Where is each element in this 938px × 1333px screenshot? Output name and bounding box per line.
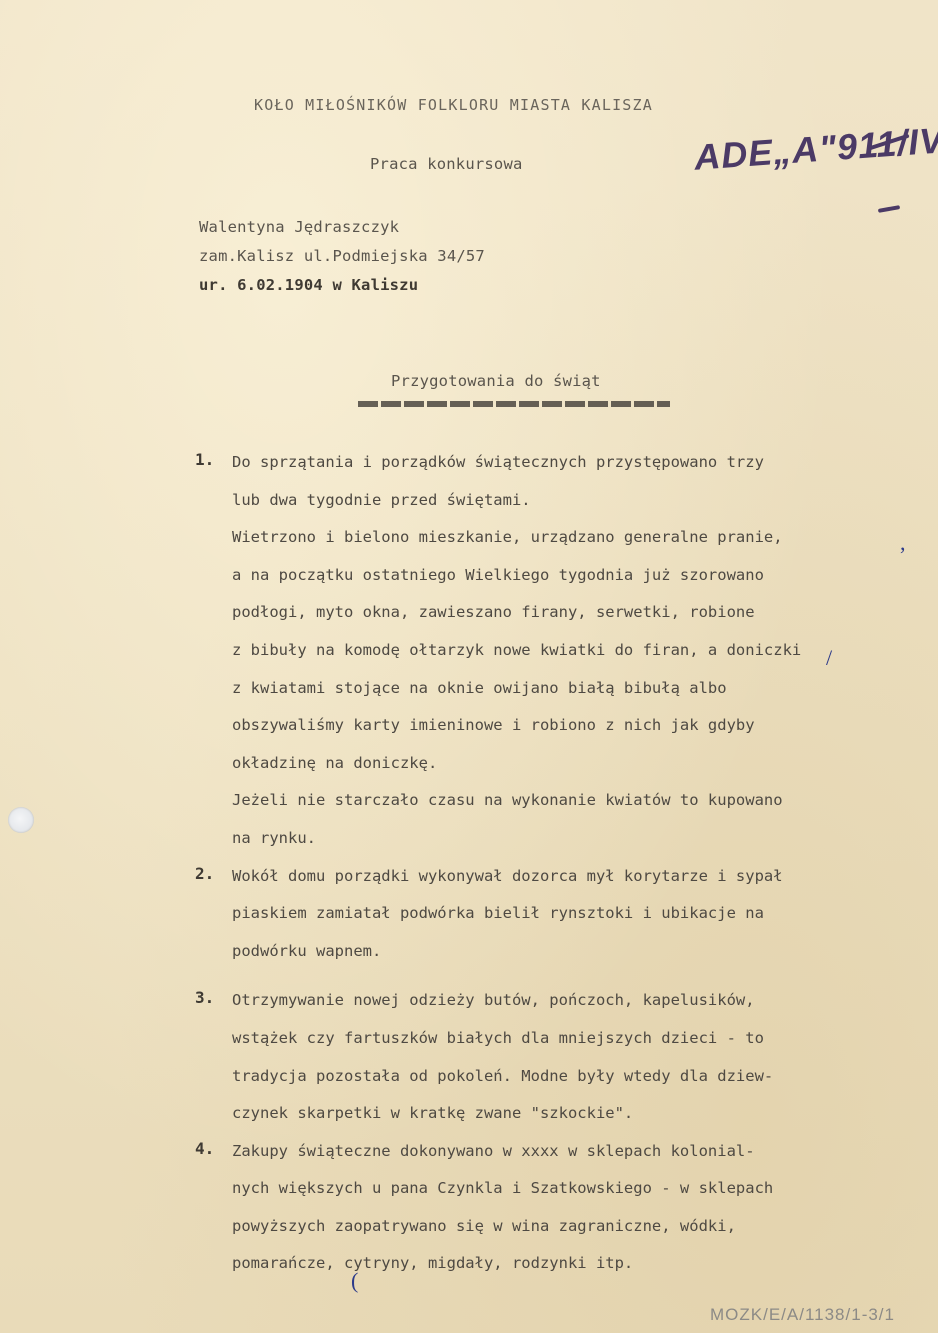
archive-reference: MOZK/E/A/1138/1-3/1 xyxy=(710,1305,895,1325)
text-line: podwórku wapnem. xyxy=(195,939,925,977)
section-3: 3. Otrzymywanie nowej odzieży butów, poń… xyxy=(195,988,925,1138)
pen-comma-mark: ( xyxy=(351,1268,358,1294)
section-number: 4. xyxy=(195,1139,214,1158)
punch-hole xyxy=(8,807,34,833)
text-line: a na początku ostatniego Wielkiego tygod… xyxy=(195,563,925,601)
text-line: nych większych u pana Czynkla i Szatkows… xyxy=(195,1176,925,1214)
document-body: 1. Do sprzątania i porządków świątecznyc… xyxy=(195,450,925,1289)
pen-comma-mark: , xyxy=(900,530,906,556)
text-line: Do sprzątania i porządków świątecznych p… xyxy=(195,450,925,488)
title-underline xyxy=(358,401,670,407)
text-line: powyższych zaopatrywano się w wina zagra… xyxy=(195,1214,925,1252)
section-2: 2. Wokół domu porządki wykonywał dozorca… xyxy=(195,864,925,977)
document-title: Przygotowania do świąt xyxy=(391,372,601,390)
section-number: 1. xyxy=(195,450,214,469)
author-birth: ur. 6.02.1904 w Kaliszu xyxy=(199,271,485,300)
document-subtitle: Praca konkursowa xyxy=(370,155,523,173)
text-line: pomarańcze, cytryny, migdały, rodzynki i… xyxy=(195,1251,925,1289)
text-line: piaskiem zamiatał podwórka bielił rynszt… xyxy=(195,901,925,939)
section-number: 2. xyxy=(195,864,214,883)
text-line: Otrzymywanie nowej odzieży butów, pończo… xyxy=(195,988,925,1026)
text-line: podłogi, myto okna, zawieszano firany, s… xyxy=(195,600,925,638)
text-line: czynek skarpetki w kratkę zwane "szkocki… xyxy=(195,1101,925,1139)
text-line: z kwiatami stojące na oknie owijano biał… xyxy=(195,676,925,714)
organization-header: KOŁO MIŁOŚNIKÓW FOLKLORU MIASTA KALISZA xyxy=(254,96,653,114)
pen-comma-mark: / xyxy=(826,645,832,671)
text-line: tradycja pozostała od pokoleń. Modne był… xyxy=(195,1064,925,1102)
text-line: na rynku. xyxy=(195,826,925,864)
text-line: lub dwa tygodnie przed świętami. xyxy=(195,488,925,526)
text-line: Zakupy świąteczne dokonywano w xxxx w sk… xyxy=(195,1139,925,1177)
text-line: Wietrzono i bielono mieszkanie, urządzan… xyxy=(195,525,925,563)
text-line: Wokół domu porządki wykonywał dozorca my… xyxy=(195,864,925,902)
text-line: obszywaliśmy karty imieninowe i robiono … xyxy=(195,713,925,751)
text-line: wstążek czy fartuszków białych dla mniej… xyxy=(195,1026,925,1064)
author-block: Walentyna Jędraszczyk zam.Kalisz ul.Podm… xyxy=(199,213,485,300)
author-address: zam.Kalisz ul.Podmiejska 34/57 xyxy=(199,242,485,271)
author-name: Walentyna Jędraszczyk xyxy=(199,213,485,242)
section-number: 3. xyxy=(195,988,214,1007)
text-line: z bibuły na komodę ołtarzyk nowe kwiatki… xyxy=(195,638,925,676)
text-line: okładzinę na doniczkę. xyxy=(195,751,925,789)
section-1: 1. Do sprzątania i porządków świątecznyc… xyxy=(195,450,925,864)
section-4: 4. Zakupy świąteczne dokonywano w xxxx w… xyxy=(195,1139,925,1289)
text-line: Jeżeli nie starczało czasu na wykonanie … xyxy=(195,788,925,826)
